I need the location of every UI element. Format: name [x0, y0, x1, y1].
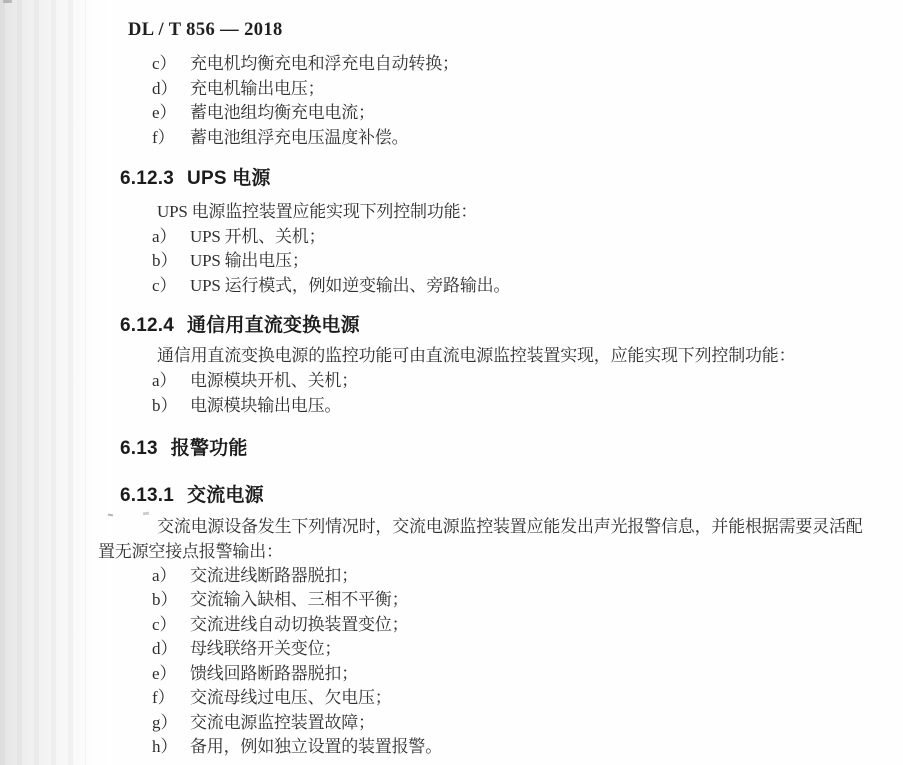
- list-item: d）母线联络开关变位；: [152, 637, 442, 661]
- section-heading-ups: 6.12.3UPS 电源: [120, 163, 271, 190]
- list-text: 充电机均衡充电和浮充电自动转换；: [190, 54, 459, 73]
- list-text: 蓄电池组均衡充电电流；: [190, 103, 375, 122]
- paragraph-line: 交流电源设备发生下列情况时，交流电源监控装置应能发出声光报警信息，并能根据需要灵…: [98, 515, 868, 540]
- charger-control-list: c）充电机均衡充电和浮充电自动转换； d）充电机输出电压； e）蓄电池组均衡充电…: [152, 52, 459, 150]
- section-title: 报警功能: [171, 438, 248, 459]
- section-number: 6.12.4: [120, 315, 174, 336]
- list-text: 交流电源监控装置故障；: [190, 713, 375, 732]
- list-marker: e）: [152, 101, 190, 126]
- list-text: 蓄电池组浮充电压温度补偿。: [190, 128, 408, 147]
- section-heading-ac: 6.13.1交流电源: [120, 480, 264, 507]
- section-intro: 通信用直流变换电源的监控功能可由直流电源监控装置实现，应能实现下列控制功能：: [152, 343, 795, 368]
- ups-control-list: UPS 电源监控装置应能实现下列控制功能： a）UPS 开机、关机； b）UPS…: [152, 200, 510, 298]
- list-marker: c）: [152, 613, 190, 637]
- list-item: a）电源模块开机、关机；: [152, 368, 795, 393]
- list-item: c）UPS 运行模式，例如逆变输出、旁路输出。: [152, 274, 510, 299]
- list-marker: a）: [152, 368, 190, 393]
- list-marker: e）: [152, 662, 190, 686]
- list-item: c）充电机均衡充电和浮充电自动转换；: [152, 52, 459, 77]
- list-marker: c）: [152, 52, 190, 77]
- list-marker: h）: [152, 735, 190, 759]
- scan-corner-artifact: [3, 0, 12, 3]
- document-page: DL / T 856 — 2018 c）充电机均衡充电和浮充电自动转换； d）充…: [0, 0, 903, 765]
- ac-intro-paragraph: 交流电源设备发生下列情况时，交流电源监控装置应能发出声光报警信息，并能根据需要灵…: [98, 515, 868, 564]
- section-number: 6.12.3: [120, 168, 174, 189]
- list-text: 母线联络开关变位；: [190, 639, 341, 658]
- section-number: 6.13: [120, 438, 158, 459]
- ac-alarm-list: a）交流进线断路器脱扣； b）交流输入缺相、三相不平衡； c）交流进线自动切换装…: [152, 564, 442, 760]
- dcdc-control-list: 通信用直流变换电源的监控功能可由直流电源监控装置实现，应能实现下列控制功能： a…: [152, 343, 795, 419]
- list-item: h）备用，例如独立设置的装置报警。: [152, 735, 442, 759]
- list-item: f）蓄电池组浮充电压温度补偿。: [152, 126, 459, 151]
- list-text: 交流母线过电压、欠电压；: [190, 688, 392, 707]
- document-number-header: DL / T 856 — 2018: [128, 20, 283, 41]
- list-text: 交流输入缺相、三相不平衡；: [190, 590, 408, 609]
- section-number: 6.13.1: [120, 485, 174, 506]
- scan-streaks: [0, 0, 86, 765]
- list-text: 电源模块开机、关机；: [190, 371, 358, 390]
- section-title: UPS 电源: [187, 168, 271, 189]
- list-marker: g）: [152, 711, 190, 735]
- list-text: 馈线回路断路器脱扣；: [190, 664, 358, 683]
- section-heading-alarm: 6.13报警功能: [120, 433, 248, 460]
- list-marker: c）: [152, 274, 190, 299]
- list-text: 备用，例如独立设置的装置报警。: [190, 737, 442, 756]
- list-item: f）交流母线过电压、欠电压；: [152, 686, 442, 710]
- list-marker: d）: [152, 77, 190, 102]
- list-text: UPS 运行模式，例如逆变输出、旁路输出。: [190, 276, 510, 295]
- list-marker: b）: [152, 588, 190, 612]
- list-item: b）交流输入缺相、三相不平衡；: [152, 588, 442, 612]
- list-item: a）UPS 开机、关机；: [152, 225, 510, 250]
- list-item: e）蓄电池组均衡充电电流；: [152, 101, 459, 126]
- section-heading-dcdc: 6.12.4通信用直流变换电源: [120, 310, 360, 337]
- list-text: 电源模块输出电压。: [190, 396, 341, 415]
- list-item: g）交流电源监控装置故障；: [152, 711, 442, 735]
- list-text: UPS 开机、关机；: [190, 227, 325, 246]
- list-marker: f）: [152, 686, 190, 710]
- list-marker: b）: [152, 393, 190, 418]
- paragraph-line: 置无源空接点报警输出：: [98, 540, 868, 565]
- list-item: c）交流进线自动切换装置变位；: [152, 613, 442, 637]
- list-text: UPS 输出电压；: [190, 251, 309, 270]
- list-marker: f）: [152, 126, 190, 151]
- list-item: a）交流进线断路器脱扣；: [152, 564, 442, 588]
- list-text: 交流进线自动切换装置变位；: [190, 615, 408, 634]
- list-marker: a）: [152, 225, 190, 250]
- section-intro: UPS 电源监控装置应能实现下列控制功能：: [152, 200, 510, 225]
- list-text: 交流进线断路器脱扣；: [190, 566, 358, 585]
- list-item: e）馈线回路断路器脱扣；: [152, 662, 442, 686]
- list-text: 充电机输出电压；: [190, 79, 324, 98]
- list-item: d）充电机输出电压；: [152, 77, 459, 102]
- section-title: 通信用直流变换电源: [187, 315, 360, 336]
- list-marker: d）: [152, 637, 190, 661]
- list-item: b）UPS 输出电压；: [152, 249, 510, 274]
- list-marker: a）: [152, 564, 190, 588]
- list-marker: b）: [152, 249, 190, 274]
- section-title: 交流电源: [187, 485, 264, 506]
- list-item: b）电源模块输出电压。: [152, 393, 795, 418]
